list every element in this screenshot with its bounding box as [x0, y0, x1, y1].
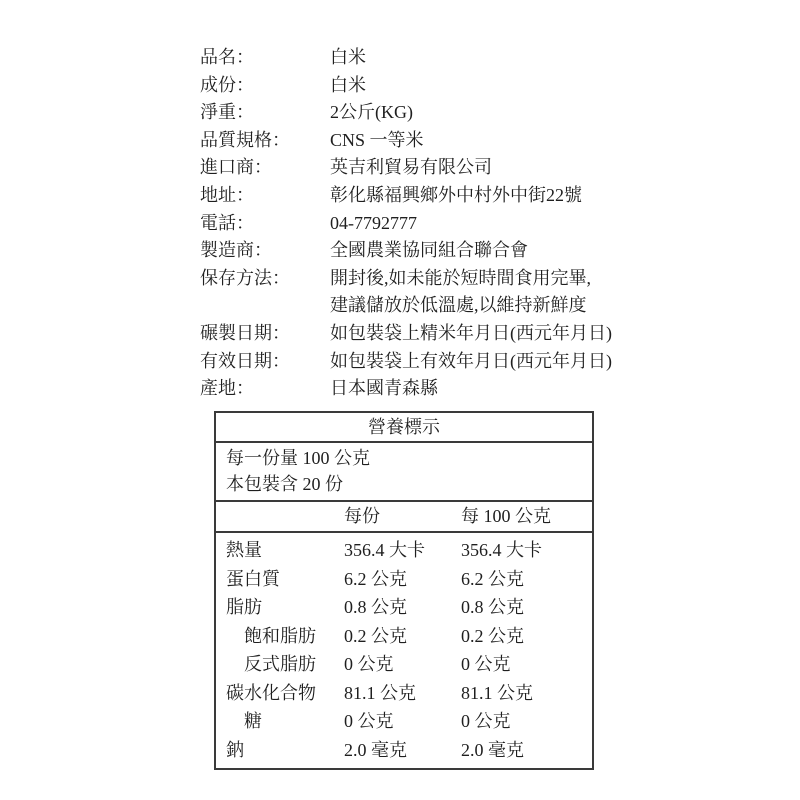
storage-line-1: 開封後,如未能於短時間食用完畢, [330, 265, 591, 293]
nutrient-name: 脂肪 [216, 593, 344, 622]
field-label: 碾製日期： [200, 320, 330, 348]
field-ingredients: 成份： 白米 [200, 72, 612, 100]
nutrient-per-serving: 2.0 毫克 [344, 736, 461, 765]
nutrient-name: 蛋白質 [216, 565, 344, 594]
nutrient-name: 糖 [216, 707, 344, 736]
field-label: 品質規格： [200, 127, 330, 155]
nutrition-row-sugar: 糖 0 公克 0 公克 [216, 707, 592, 736]
col-header-per-serving: 每份 [344, 502, 461, 531]
nutrient-name: 反式脂肪 [216, 650, 344, 679]
col-header-per-100g: 每 100 公克 [461, 502, 592, 531]
storage-line-2: 建議儲放於低溫處,以維持新鮮度 [330, 292, 591, 320]
field-label: 成份： [200, 72, 330, 100]
nutrient-per-serving: 0.2 公克 [344, 622, 461, 651]
field-value: 全國農業協同組合聯合會 [330, 237, 528, 265]
servings-per-package: 本包裝含 20 份 [226, 471, 592, 497]
nutrient-name: 飽和脂肪 [216, 622, 344, 651]
nutrient-per-serving: 81.1 公克 [344, 679, 461, 708]
nutrient-per-100g: 2.0 毫克 [461, 736, 592, 765]
field-label: 電話： [200, 210, 330, 238]
serving-size: 每一份量 100 公克 [226, 445, 592, 471]
field-label: 品名： [200, 44, 330, 72]
nutrient-name: 碳水化合物 [216, 679, 344, 708]
nutrition-row-carbohydrate: 碳水化合物 81.1 公克 81.1 公克 [216, 679, 592, 708]
nutrition-table: 營養標示 每一份量 100 公克 本包裝含 20 份 每份 每 100 公克 熱… [214, 411, 594, 770]
nutrition-row-sodium: 鈉 2.0 毫克 2.0 毫克 [216, 736, 592, 765]
nutrient-per-100g: 356.4 大卡 [461, 536, 592, 565]
field-origin: 產地： 日本國青森縣 [200, 375, 612, 403]
nutrition-column-headers: 每份 每 100 公克 [216, 502, 592, 533]
nutrition-row-fat: 脂肪 0.8 公克 0.8 公克 [216, 593, 592, 622]
field-value: 白米 [330, 72, 366, 100]
field-value: CNS 一等米 [330, 127, 424, 155]
nutrition-rows: 熱量 356.4 大卡 356.4 大卡 蛋白質 6.2 公克 6.2 公克 脂… [216, 533, 592, 768]
nutrient-per-serving: 356.4 大卡 [344, 536, 461, 565]
nutrition-row-trans-fat: 反式脂肪 0 公克 0 公克 [216, 650, 592, 679]
nutrient-per-100g: 6.2 公克 [461, 565, 592, 594]
field-milling-date: 碾製日期： 如包裝袋上精米年月日(西元年月日) [200, 320, 612, 348]
nutrient-per-serving: 0 公克 [344, 707, 461, 736]
field-importer: 進口商： 英吉利貿易有限公司 [200, 154, 612, 182]
nutrition-row-saturated-fat: 飽和脂肪 0.2 公克 0.2 公克 [216, 622, 592, 651]
field-label: 產地： [200, 375, 330, 403]
field-value: 英吉利貿易有限公司 [330, 154, 492, 182]
field-value: 如包裝袋上精米年月日(西元年月日) [330, 320, 612, 348]
field-phone: 電話： 04-7792777 [200, 210, 612, 238]
nutrient-per-serving: 0 公克 [344, 650, 461, 679]
field-manufacturer: 製造商： 全國農業協同組合聯合會 [200, 237, 612, 265]
nutrient-per-100g: 81.1 公克 [461, 679, 592, 708]
field-value: 彰化縣福興鄉外中村外中街22號 [330, 182, 582, 210]
field-label: 有效日期： [200, 348, 330, 376]
field-product-name: 品名： 白米 [200, 44, 612, 72]
nutrient-per-serving: 0.8 公克 [344, 593, 461, 622]
field-address: 地址： 彰化縣福興鄉外中村外中街22號 [200, 182, 612, 210]
field-expiry-date: 有效日期： 如包裝袋上有效年月日(西元年月日) [200, 348, 612, 376]
serving-info: 每一份量 100 公克 本包裝含 20 份 [216, 443, 592, 502]
field-label: 製造商： [200, 237, 330, 265]
field-value: 04-7792777 [330, 210, 417, 238]
field-value: 白米 [330, 44, 366, 72]
nutrient-per-100g: 0 公克 [461, 650, 592, 679]
product-label-scan: 品名： 白米 成份： 白米 淨重： 2公斤(KG) 品質規格： CNS 一等米 … [0, 0, 800, 800]
field-value: 2公斤(KG) [330, 99, 413, 127]
field-label: 進口商： [200, 154, 330, 182]
field-label: 地址： [200, 182, 330, 210]
field-storage-method: 保存方法： 開封後,如未能於短時間食用完畢, 建議儲放於低溫處,以維持新鮮度 [200, 265, 612, 320]
nutrition-row-calories: 熱量 356.4 大卡 356.4 大卡 [216, 536, 592, 565]
field-value: 開封後,如未能於短時間食用完畢, 建議儲放於低溫處,以維持新鮮度 [330, 265, 591, 320]
field-quality-spec: 品質規格： CNS 一等米 [200, 127, 612, 155]
nutrient-per-100g: 0 公克 [461, 707, 592, 736]
product-info-list: 品名： 白米 成份： 白米 淨重： 2公斤(KG) 品質規格： CNS 一等米 … [200, 44, 612, 403]
nutrient-per-serving: 6.2 公克 [344, 565, 461, 594]
nutrition-title: 營養標示 [216, 413, 592, 443]
nutrient-per-100g: 0.2 公克 [461, 622, 592, 651]
col-header-spacer [216, 502, 344, 531]
field-label: 淨重： [200, 99, 330, 127]
field-value: 如包裝袋上有效年月日(西元年月日) [330, 348, 612, 376]
nutrient-name: 熱量 [216, 536, 344, 565]
nutrient-per-100g: 0.8 公克 [461, 593, 592, 622]
field-net-weight: 淨重： 2公斤(KG) [200, 99, 612, 127]
field-label: 保存方法： [200, 265, 330, 320]
field-value: 日本國青森縣 [330, 375, 438, 403]
nutrient-name: 鈉 [216, 736, 344, 765]
nutrition-row-protein: 蛋白質 6.2 公克 6.2 公克 [216, 565, 592, 594]
